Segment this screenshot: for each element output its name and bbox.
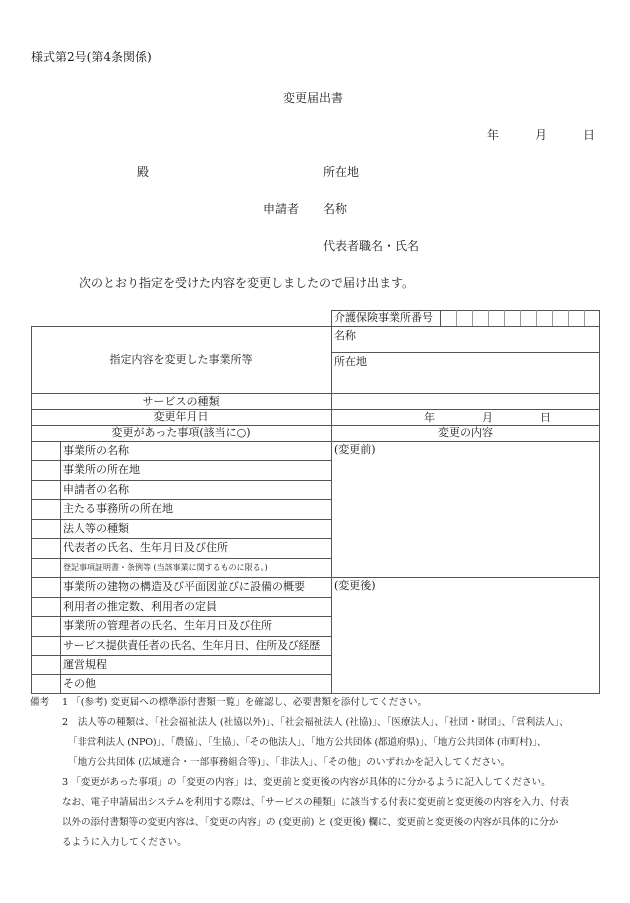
item-check-10[interactable] [32,637,60,655]
item-check-7[interactable] [32,578,60,596]
office-number-label: 介護保険事業所番号 [334,308,433,327]
item-check-3[interactable] [32,500,60,518]
office-address-input[interactable] [332,353,599,393]
item-check-12[interactable] [32,675,60,693]
item-label: 代表者の氏名、生年月日及び住所 [63,538,228,557]
item-label: 事業所の名称 [63,441,129,460]
item-label: 事業所の管理者の氏名、生年月日及び住所 [63,616,272,635]
item-label: 事業所の所在地 [63,460,140,479]
representative-label: 代表者職名・氏名 [323,239,419,253]
item-label: 運営規程 [63,655,107,674]
office-number-input[interactable] [440,310,599,326]
note-line: 3 「変更があった事項」の「変更の内容」は、変更前と変更後の内容が具体的に分かる… [62,773,551,793]
applicant-name-label: 名称 [323,202,347,216]
item-check-4[interactable] [32,520,60,538]
item-label: サービス提供責任者の氏名、生年月日、住所及び経歴 [63,636,320,655]
item-check-5[interactable] [32,539,60,557]
after-content-input[interactable] [332,593,599,692]
item-label: その他 [63,674,96,693]
item-label: 法人等の種類 [63,519,129,538]
item-label: 利用者の推定数、利用者の定員 [63,597,217,616]
document-title: 変更届出書 [283,91,343,105]
date-month-label: 月 [535,128,547,142]
note-line: 「非営利法人 (NPO)」、「農協」、「生協」、「その他法人」、「地方公共団体 … [68,733,546,753]
item-check-1[interactable] [32,461,60,479]
date-year-label: 年 [487,128,499,142]
before-content-input[interactable] [332,456,599,576]
note-line: 「地方公共団体 (広域連合・一部事務組合等)」、「非法人」、「その他」のいずれか… [68,753,510,773]
item-label: 主たる事務所の所在地 [63,499,173,518]
office-name-input[interactable] [332,327,599,352]
item-check-2[interactable] [32,481,60,499]
applicant-label: 申請者 [263,202,299,216]
note-line: なお、電子申請届出システムを利用する際は、「サービスの種類」に該当する付表に変更… [62,793,569,813]
item-check-8[interactable] [32,598,60,616]
note-line: 以外の添付書類等の変更内容は、「変更の内容」の (変更前) と (変更後) 欄に… [62,813,558,833]
note-line: るように入力してください。 [62,833,187,853]
item-check-11[interactable] [32,656,60,674]
item-check-0[interactable] [32,442,60,460]
applicant-address-label: 所在地 [323,165,359,179]
note-line: 1 「(参考) 変更届への標準添付書類一覧」を確認し、必要書類を添付してください… [62,693,427,713]
item-label: 申請者の名称 [63,480,129,499]
date-day-label: 日 [583,128,595,142]
item-label: 事業所の建物の構造及び平面図並びに設備の概要 [63,577,305,596]
statement: 次のとおり指定を受けた内容を変更しましたので届け出ます。 [79,276,414,290]
notes-label: 備考 [30,693,49,713]
item-check-9[interactable] [32,617,60,635]
office-label: 指定内容を変更した事業所等 [31,350,331,369]
item-label: 登記事項証明書・条例等 (当該事業に関するものに限る。) [63,558,268,577]
service-type-input[interactable] [332,394,599,409]
changed-items-header: 変更があった事項(該当に○) [31,423,331,442]
form-number: 様式第2号(第4条関係) [31,50,152,64]
item-check-6[interactable] [32,559,60,577]
note-line: 2 法人等の種類は、「社会福祉法人 (社協以外)」、「社会福祉法人 (社協)」、… [62,713,569,733]
addressee-suffix: 殿 [137,165,149,179]
